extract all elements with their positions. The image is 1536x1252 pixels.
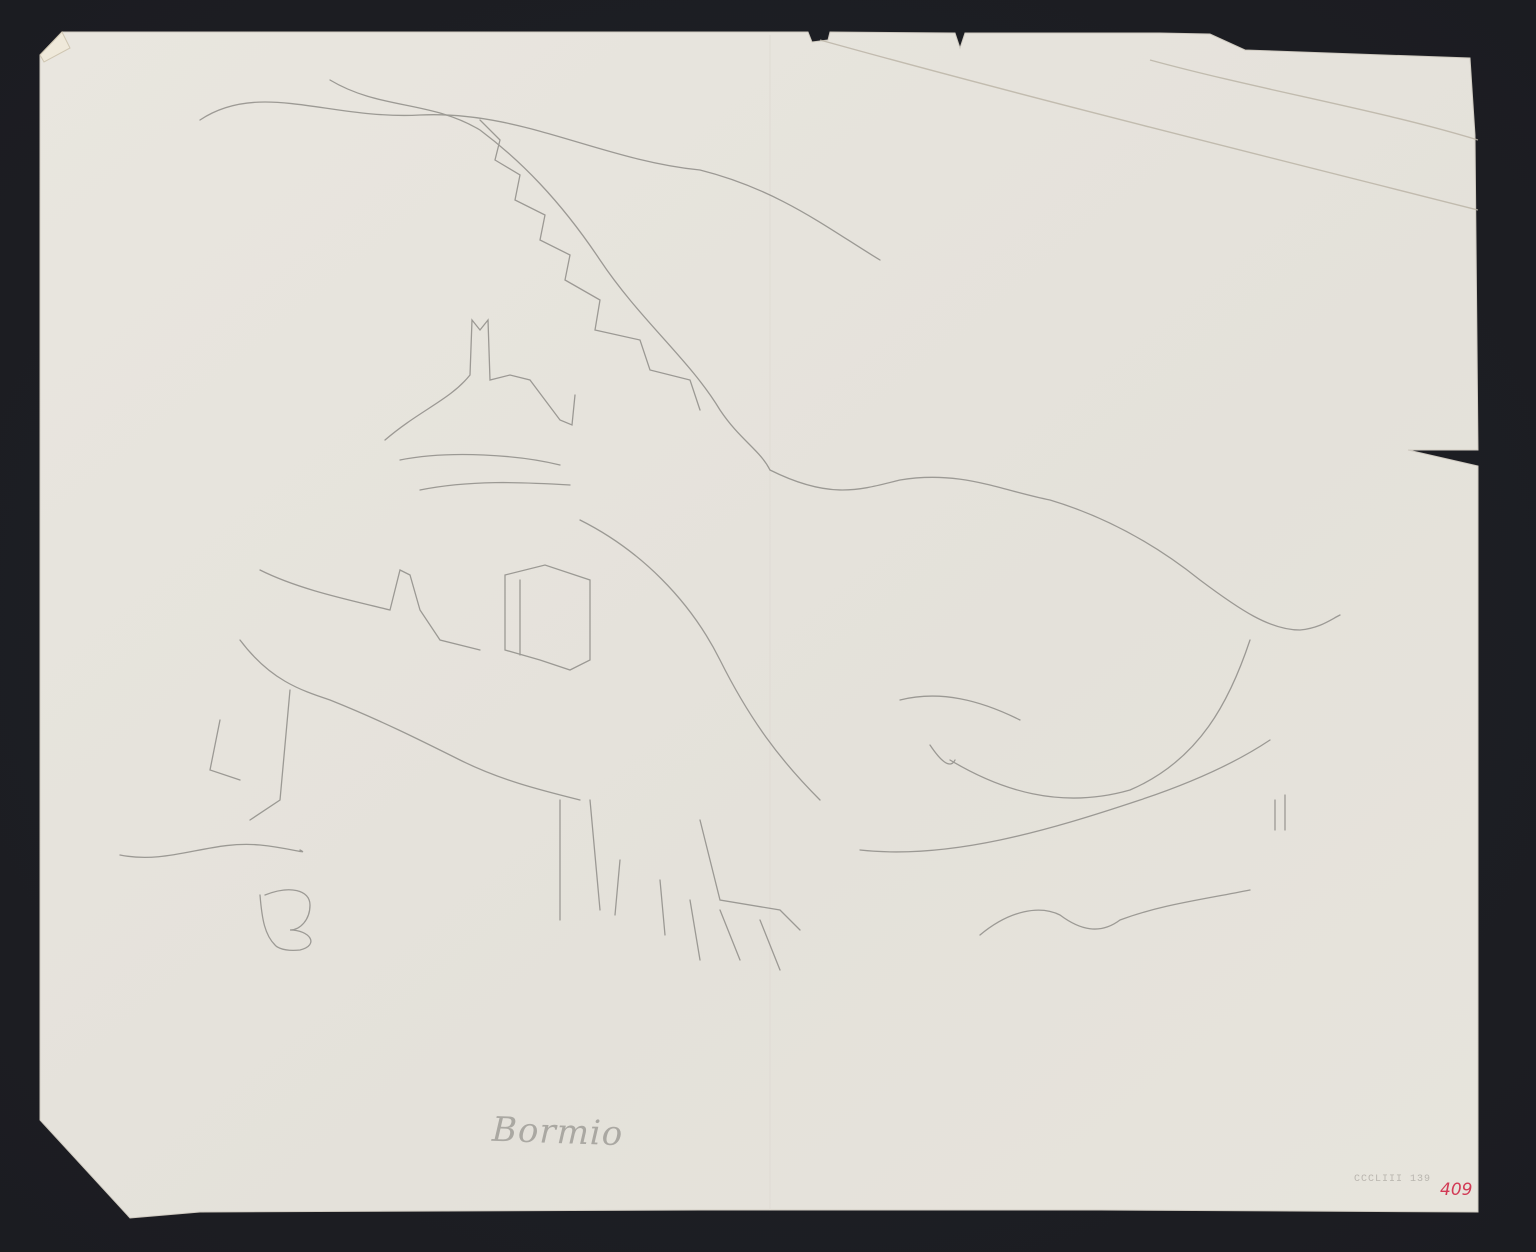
folio-number: 409 bbox=[1440, 1180, 1472, 1200]
paper-edge bbox=[40, 32, 1478, 1218]
collection-stamp: CCCLIII 139 bbox=[1354, 1174, 1431, 1185]
paper-sheet bbox=[0, 0, 1536, 1252]
inscription-bormio: Bormio bbox=[491, 1110, 624, 1155]
